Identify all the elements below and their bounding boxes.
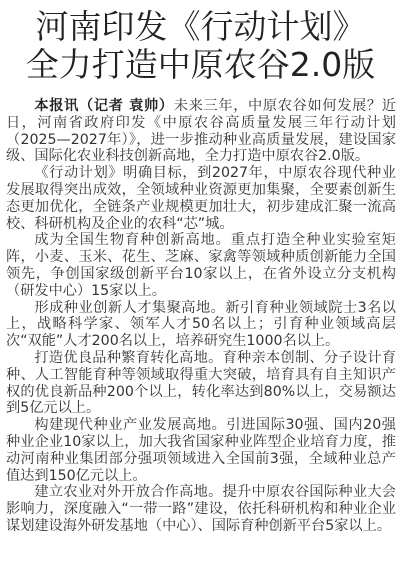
dateline: 本报讯（记者 袁帅）: [34, 98, 173, 114]
article-body: 本报讯（记者 袁帅）未来三年，中原农谷如何发展？近日，河南省政府印发《中原农谷高…: [6, 98, 396, 535]
paragraph-varieties: 打造优良品种繁育转化高地。育种亲本创制、分子设计育种、人工智能育种等领域取得重大…: [6, 350, 396, 417]
headline-line-1: 河南印发《行动计划》: [0, 8, 401, 46]
paragraph-bio-breeding: 成为全国生物育种创新高地。重点打造全种业实验室矩阵，小麦、玉米、花生、芝麻、家禽…: [6, 232, 396, 299]
paragraph-lead: 本报讯（记者 袁帅）未来三年，中原农谷如何发展？近日，河南省政府印发《中原农谷高…: [6, 98, 396, 165]
paragraph-goals: 《行动计划》明确目标，到2027年，中原农谷现代种业发展取得突出成效，全领域种业…: [6, 165, 396, 232]
paragraph-industry: 构建现代种业产业发展高地。引进国际30强、国内20强种业企业10家以上，加大我省…: [6, 417, 396, 484]
paragraph-talent: 形成种业创新人才集聚高地。新引育种业领域院士3名以上，战略科学家、领军人才50名…: [6, 300, 396, 350]
paragraph-opening-up: 建立农业对外开放合作高地。提升中原农谷国际种业大会影响力，深度融入“一带一路”建…: [6, 484, 396, 534]
headline-line-2: 全力打造中原农谷2.0版: [0, 46, 401, 84]
headline: 河南印发《行动计划》 全力打造中原农谷2.0版: [0, 8, 401, 84]
